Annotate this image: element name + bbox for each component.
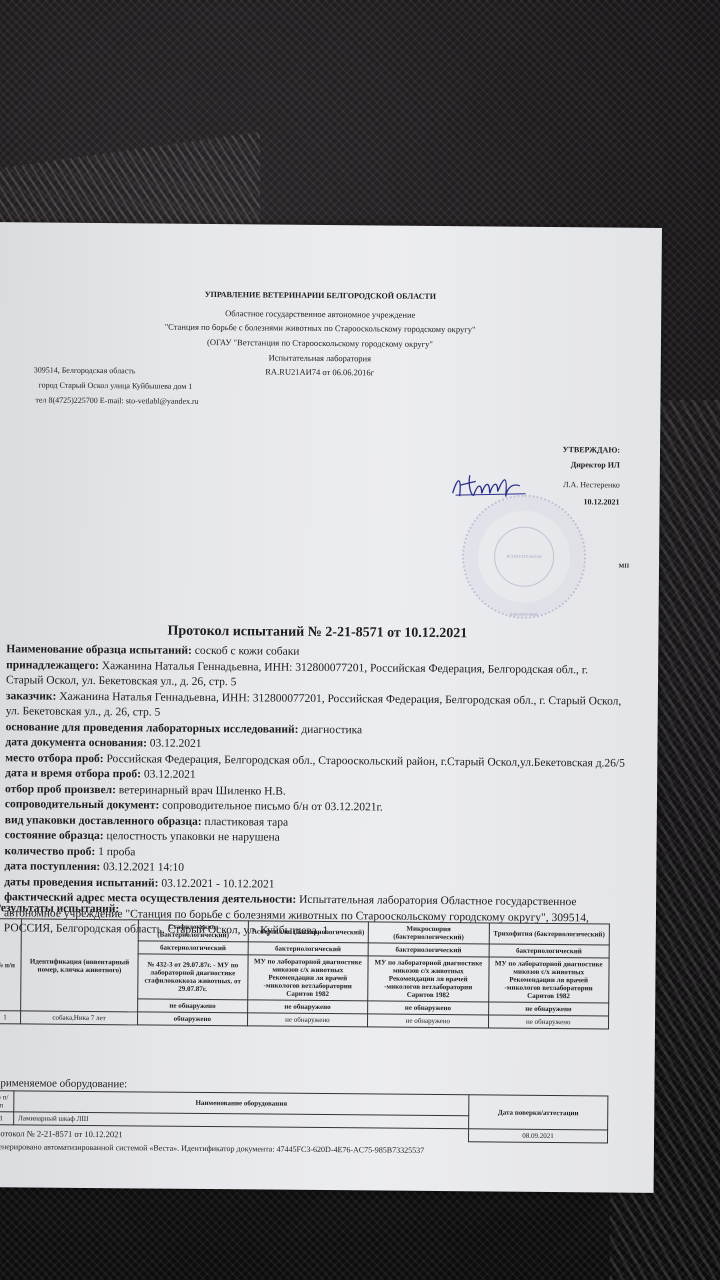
col-num-header: № п/п — [0, 919, 21, 1011]
doc-asperg: МУ по лабораторной диагностике микозов с… — [247, 955, 368, 1001]
test-name-asperg: Аспергиллез (бактериологический) — [248, 921, 369, 943]
result-micro: не обнаружено — [368, 1014, 489, 1028]
stamp-center-text: ИСПЫТАТЕЛЬНАЯ ЛАБОРАТОРИЯ — [494, 527, 555, 588]
org-header: УПРАВЛЕНИЕ ВЕТЕРИНАРИИ БЕЛГОРОДСКОЙ ОБЛА… — [0, 288, 661, 303]
results-heading: Результаты испытаний: — [0, 902, 119, 915]
stamp-place-mark: МП — [619, 564, 629, 570]
approver-name: Л.А. Нестеренко — [563, 480, 620, 489]
result-asperg: не обнаружено — [247, 1013, 368, 1027]
col-id-header: Идентификация (инвентарный номер, кличка… — [21, 919, 139, 1012]
doc-micro: МУ по лабораторной диагностике микозов с… — [368, 956, 489, 1002]
field-owner: принадлежащего: Хажанина Наталья Геннадь… — [6, 658, 626, 694]
test-protocol-document: УПРАВЛЕНИЕ ВЕТЕРИНАРИИ БЕЛГОРОДСКОЙ ОБЛА… — [0, 222, 662, 1193]
method-asperg: бактериологический — [248, 942, 369, 956]
equipment-heading: Применяемое оборудование: — [0, 1077, 127, 1090]
test-name-tricho: Трихофития (бактериологический) — [489, 923, 610, 945]
method-tricho: бактериологический — [489, 944, 610, 958]
eq-col-date: Дата поверки/аттестации — [469, 1095, 608, 1130]
approve-label: УТВЕРЖДАЮ: — [563, 445, 620, 455]
results-table: № п/п Идентификация (инвентарный номер, … — [0, 918, 610, 1029]
contact-phone-email: тел 8(4725)225700 E-mail: sto-vetlabl@ya… — [35, 395, 198, 405]
norm-asperg: не обнаружено — [247, 1000, 368, 1014]
footer-generated: Сгенерировано автоматизированной системо… — [0, 1142, 424, 1155]
approver-position: Директор ИЛ — [571, 460, 620, 469]
eq-row-num: 1 — [0, 1112, 14, 1125]
org-name: "Станция по борьбе с болезнями животных … — [0, 320, 661, 336]
test-name-staph: Стафилококкоз (Бактериологический) — [138, 920, 248, 942]
eq-col-num: № п/п — [0, 1091, 14, 1112]
result-staph: обнаружено — [137, 1012, 247, 1026]
result-tricho: не обнаружено — [488, 1015, 609, 1029]
approval-date: 10.12.2021 — [584, 497, 620, 506]
norm-tricho: не обнаружено — [488, 1002, 609, 1016]
sample-details: Наименование образца испытаний: соскоб с… — [4, 642, 627, 942]
protocol-title: Протокол испытаний № 2-21-8571 от 10.12.… — [0, 622, 658, 644]
doc-tricho: МУ по лабораторной диагностике микозов с… — [488, 957, 609, 1003]
field-customer: заказчик: Хажанина Наталья Геннадьевна, … — [6, 689, 626, 725]
org-type: Областное государственное автономное учр… — [0, 306, 661, 322]
official-stamp: ИСПЫТАТЕЛЬНАЯ ЛАБОРАТОРИЯ — [462, 494, 587, 619]
test-name-micro: Микроспория (бактериологический) — [368, 922, 489, 944]
doc-staph: № 432-3 от 29.07.87г. - МУ по лабораторн… — [138, 954, 248, 1000]
address-region: 309514, Белгородская область — [34, 365, 136, 375]
row-num: 1 — [0, 1011, 21, 1024]
eq-row-date: 08.09.2021 — [468, 1129, 607, 1143]
norm-staph: не обнаружено — [138, 999, 248, 1013]
org-short-name: (ОГАУ "Ветстанция по Старооскольскому го… — [0, 335, 661, 351]
method-micro: бактериологический — [368, 943, 489, 957]
address-street: город Старый Оскол улица Куйбышева дом 1 — [39, 381, 193, 391]
lab-name: Испытательная лаборатория — [0, 350, 661, 366]
footer-protocol: Протокол № 2-21-8571 от 10.12.2021 — [0, 1128, 123, 1139]
method-staph: бактериологический — [138, 941, 248, 955]
row-animal-id: собака,Ника 7 лет — [21, 1011, 138, 1025]
norm-micro: не обнаружено — [368, 1001, 489, 1015]
